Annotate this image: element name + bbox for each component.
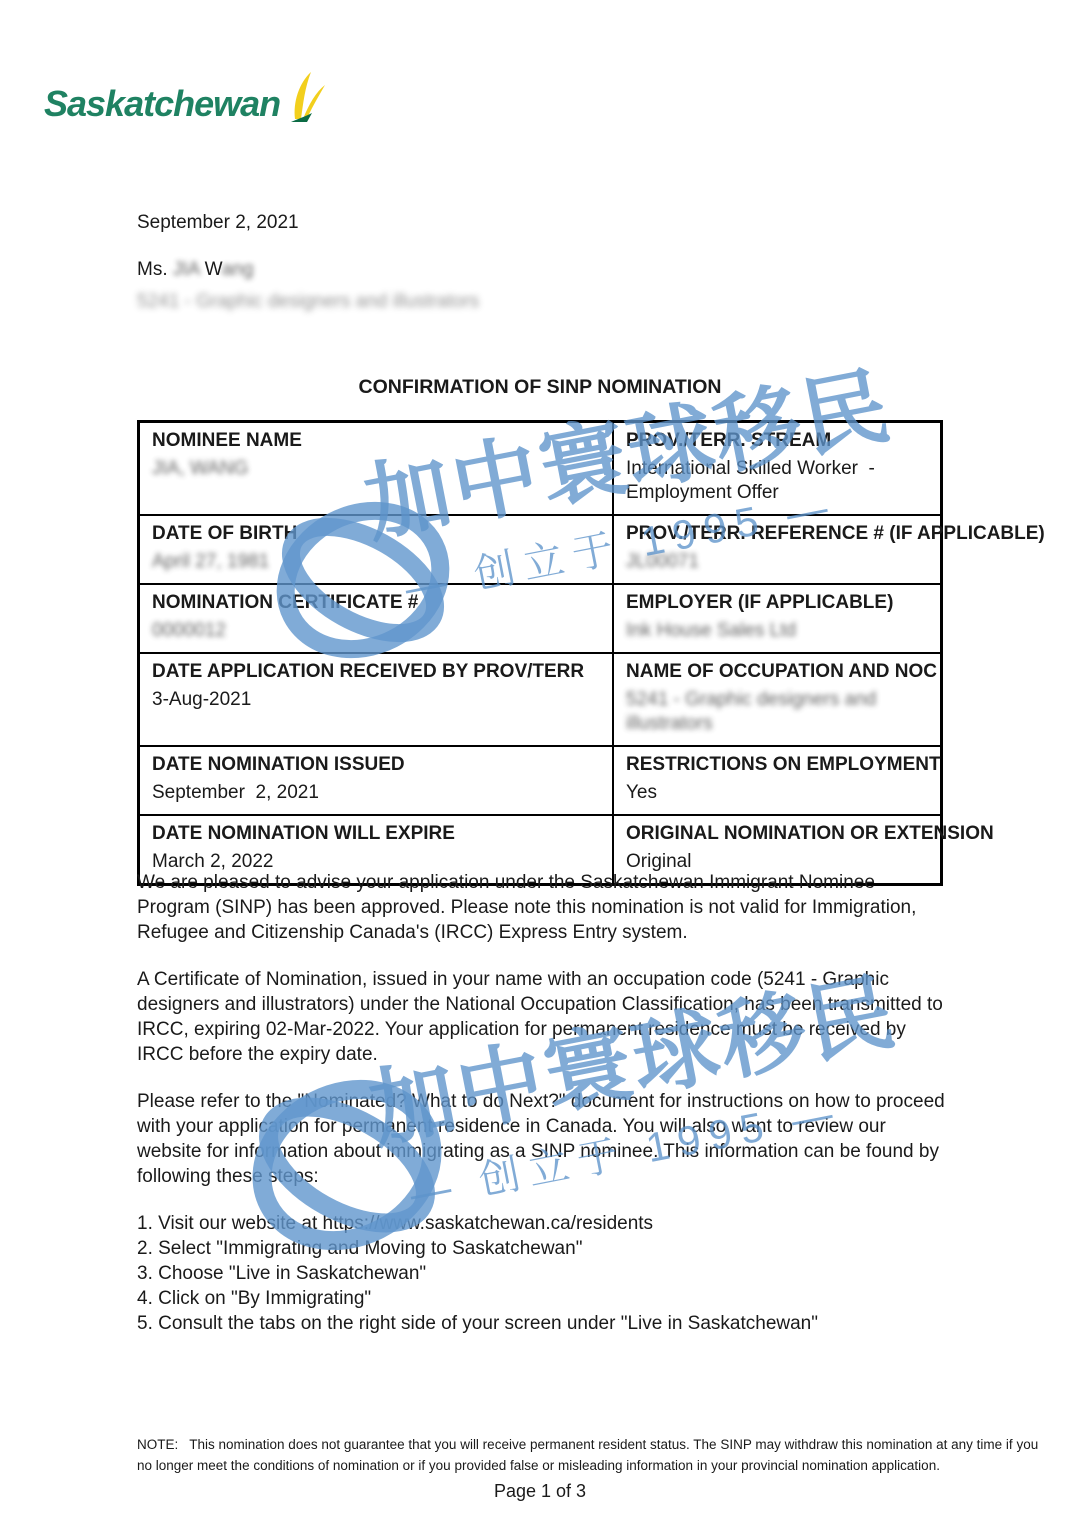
- cell-occupation-noc: NAME OF OCCUPATION AND NOC 5241 - Graphi…: [613, 653, 942, 746]
- nomination-table: NOMINEE NAME JIA, WANG PROV./TERR. STREA…: [137, 420, 943, 886]
- nominee-name-value-redacted: JIA, WANG: [152, 457, 600, 481]
- step-item: 4. Click on "By Immigrating": [137, 1286, 951, 1311]
- footnote: NOTE: This nomination does not guarantee…: [137, 1434, 1042, 1476]
- addressee-last-name-redacted: ang: [222, 259, 254, 280]
- table-row: NOMINATION CERTIFICATE # 0000012 EMPLOYE…: [139, 584, 942, 653]
- table-row: DATE OF BIRTH April 27, 1981 PROV./TERR.…: [139, 515, 942, 584]
- restrictions-value: Yes: [626, 781, 928, 805]
- wheat-sheaf-icon: [282, 72, 326, 122]
- table-row: DATE APPLICATION RECEIVED BY PROV/TERR 3…: [139, 653, 942, 746]
- cell-certificate-number: NOMINATION CERTIFICATE # 0000012: [139, 584, 614, 653]
- body-paragraph: Please refer to the "Nominated? What to …: [137, 1089, 951, 1189]
- steps-list: 1. Visit our website at https://www.sask…: [137, 1211, 951, 1336]
- body-paragraph: A Certificate of Nomination, issued in y…: [137, 967, 951, 1067]
- addressee-occupation-redacted: 5241 - Graphic designers and illustrator…: [137, 291, 479, 313]
- step-item: 1. Visit our website at https://www.sask…: [137, 1211, 951, 1236]
- stream-value: International Skilled Worker - Employmen…: [626, 457, 928, 505]
- step-item: 2. Select "Immigrating and Moving to Sas…: [137, 1236, 951, 1261]
- body-paragraph: We are pleased to advise your applicatio…: [137, 870, 951, 945]
- dob-value-redacted: April 27, 1981: [152, 550, 600, 574]
- cell-restrictions: RESTRICTIONS ON EMPLOYMENT Yes: [613, 746, 942, 815]
- step-item: 3. Choose "Live in Saskatchewan": [137, 1261, 951, 1286]
- saskatchewan-wordmark: Saskatchewan: [44, 86, 280, 122]
- cell-nominee-name: NOMINEE NAME JIA, WANG: [139, 422, 614, 516]
- table-row: NOMINEE NAME JIA, WANG PROV./TERR. STREA…: [139, 422, 942, 516]
- addressee-name: Ms. JIA Wang: [137, 259, 254, 281]
- reference-number-value-redacted: JL00071: [626, 550, 928, 574]
- step-item: 5. Consult the tabs on the right side of…: [137, 1311, 951, 1336]
- table-row: DATE NOMINATION ISSUED September 2, 2021…: [139, 746, 942, 815]
- cell-reference-number: PROV./TERR. REFERENCE # (IF APPLICABLE) …: [613, 515, 942, 584]
- cell-date-issued: DATE NOMINATION ISSUED September 2, 2021: [139, 746, 614, 815]
- cell-prov-terr-stream: PROV./TERR. STREAM International Skilled…: [613, 422, 942, 516]
- salutation: Ms.: [137, 259, 173, 280]
- cell-date-received: DATE APPLICATION RECEIVED BY PROV/TERR 3…: [139, 653, 614, 746]
- cell-employer: EMPLOYER (IF APPLICABLE) Ink House Sales…: [613, 584, 942, 653]
- letter-date: September 2, 2021: [137, 212, 299, 234]
- addressee-last-initial: W: [199, 259, 222, 280]
- letter-page: { "brand": { "wordmark": "Saskatchewan",…: [0, 0, 1080, 1515]
- letter-body: We are pleased to advise your applicatio…: [137, 870, 951, 1336]
- occupation-noc-value-redacted: 5241 - Graphic designers and illustrator…: [626, 688, 928, 736]
- letterhead-logo: Saskatchewan: [44, 72, 326, 122]
- addressee-first-name-redacted: JIA: [173, 259, 199, 280]
- document-title: CONFIRMATION OF SINP NOMINATION: [0, 376, 1080, 399]
- date-received-value: 3-Aug-2021: [152, 688, 600, 712]
- page-indicator: Page 1 of 3: [0, 1481, 1080, 1502]
- cell-date-of-birth: DATE OF BIRTH April 27, 1981: [139, 515, 614, 584]
- certificate-number-value-redacted: 0000012: [152, 619, 600, 643]
- date-issued-value: September 2, 2021: [152, 781, 600, 805]
- employer-value-redacted: Ink House Sales Ltd: [626, 619, 928, 643]
